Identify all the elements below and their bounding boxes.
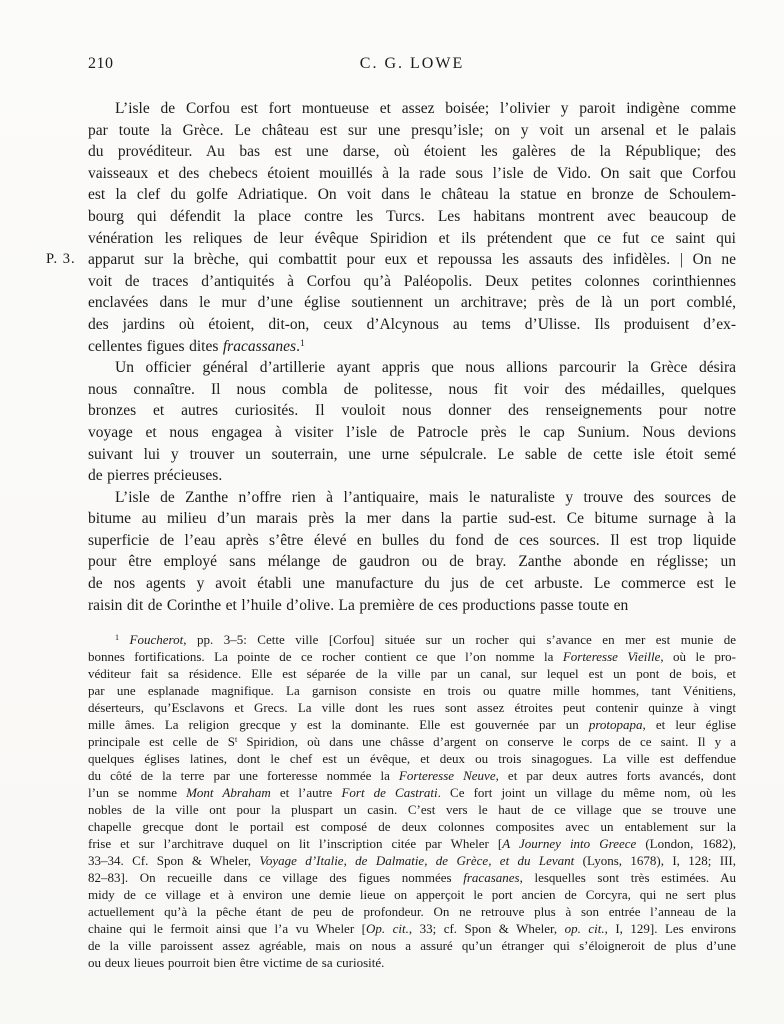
text-line: bitume au milieu d’un marais près la mer…	[88, 508, 736, 530]
text-line: nous connaître. Il nous combla de polite…	[88, 379, 736, 401]
paragraph: L’isle de Zanthe n’offre rien à l’antiqu…	[88, 487, 736, 617]
text-line: suivant lui y trouver un souterrain, une…	[88, 444, 736, 466]
body-text: L’isle de Corfou est fort montueuse et a…	[88, 98, 736, 616]
text-line: nobles de la ville ont pour la pluspart …	[88, 801, 736, 818]
text-line: L’isle de Zanthe n’offre rien à l’antiqu…	[88, 487, 736, 509]
text-line: véditeur fait sa résidence. Elle est sép…	[88, 665, 736, 682]
running-head: C. G. LOWE	[88, 55, 736, 73]
text-line: raisin dit de Corinthe et l’huile d’oliv…	[88, 595, 736, 617]
text-line: L’isle de Corfou est fort montueuse et a…	[88, 98, 736, 120]
text-line: par toute la Grèce. Le château est sur u…	[88, 120, 736, 142]
text-line: vaisseaux et des chebecs étoient mouillé…	[88, 163, 736, 185]
text-line: est la clef du golfe Adriatique. On voit…	[88, 184, 736, 206]
text-line: bonnes fortifications. La pointe de ce r…	[88, 648, 736, 665]
text-line: voyage et nous engagea à visiter l’isle …	[88, 422, 736, 444]
margin-note: P. 3.	[46, 251, 76, 268]
text-line: apparut sur la brèche, qui combattit pou…	[88, 249, 736, 271]
text-line: quelques églises latines, dont le chef e…	[88, 750, 736, 767]
text-line: 82–83]. On recueille dans ce village des…	[88, 869, 736, 886]
footnote: 1 Foucherot, pp. 3–5: Cette ville [Corfo…	[88, 631, 736, 971]
text-line: des jardins où étoient, dit-on, ceux d’A…	[88, 314, 736, 336]
text-line: voit de traces d’antiquités à Corfou qu’…	[88, 271, 736, 293]
text-line: par une esplanade magnifique. La garniso…	[88, 682, 736, 699]
page: { "page": { "number": "210", "running_he…	[0, 0, 784, 1024]
text-line: vénération les reliques de leur évêque S…	[88, 228, 736, 250]
text-line: 33–34. Cf. Spon & Wheler, Voyage d’Itali…	[88, 852, 736, 869]
text-line: de pierres précieuses.	[88, 465, 736, 487]
text-line: de la ville paroissent assez agréable, m…	[88, 937, 736, 954]
text-line: du côté de la terre par une forteresse n…	[88, 767, 736, 784]
text-line: déserteurs, qu’Esclavons et Grecs. La vi…	[88, 699, 736, 716]
text-line: principale est celle de St Spiridion, où…	[88, 733, 736, 750]
text-line: mille âmes. La religion grecque y est la…	[88, 716, 736, 733]
text-line: de nos agents y avoit établi une manufac…	[88, 573, 736, 595]
paragraph: Un officier général d’artillerie ayant a…	[88, 357, 736, 487]
text-line: chapelle grecque dont le portail est com…	[88, 818, 736, 835]
text-line: ou deux lieues pourroit bien être victim…	[88, 954, 736, 971]
text-line: bronzes et autres curiosités. Il vouloit…	[88, 400, 736, 422]
text-line: 1 Foucherot, pp. 3–5: Cette ville [Corfo…	[88, 631, 736, 648]
text-line: pour être employé sans mélange de gaudro…	[88, 551, 736, 573]
text-line: midy de ce village et à environ une demi…	[88, 886, 736, 903]
paragraph: L’isle de Corfou est fort montueuse et a…	[88, 98, 736, 357]
page-header: 210 C. G. LOWE	[88, 55, 736, 77]
text-line: superficie de l’eau après s’être élevé e…	[88, 530, 736, 552]
text-line: actuellement qu’à la pêche étant de peu …	[88, 903, 736, 920]
text-line: bourg qui défendit la place contre les T…	[88, 206, 736, 228]
text-line: chaine qui le fermoit ainsi que l’a vu W…	[88, 920, 736, 937]
text-line: enclavées dans le mur d’une église souti…	[88, 292, 736, 314]
text-line: frise et sur l’architrave duquel on lit …	[88, 835, 736, 852]
text-line: du provéditeur. Au bas est une darse, où…	[88, 141, 736, 163]
text-line: Un officier général d’artillerie ayant a…	[88, 357, 736, 379]
text-line: cellentes figues dites fracassanes.1	[88, 336, 736, 358]
text-line: l’un se nomme Mont Abraham et l’autre Fo…	[88, 784, 736, 801]
